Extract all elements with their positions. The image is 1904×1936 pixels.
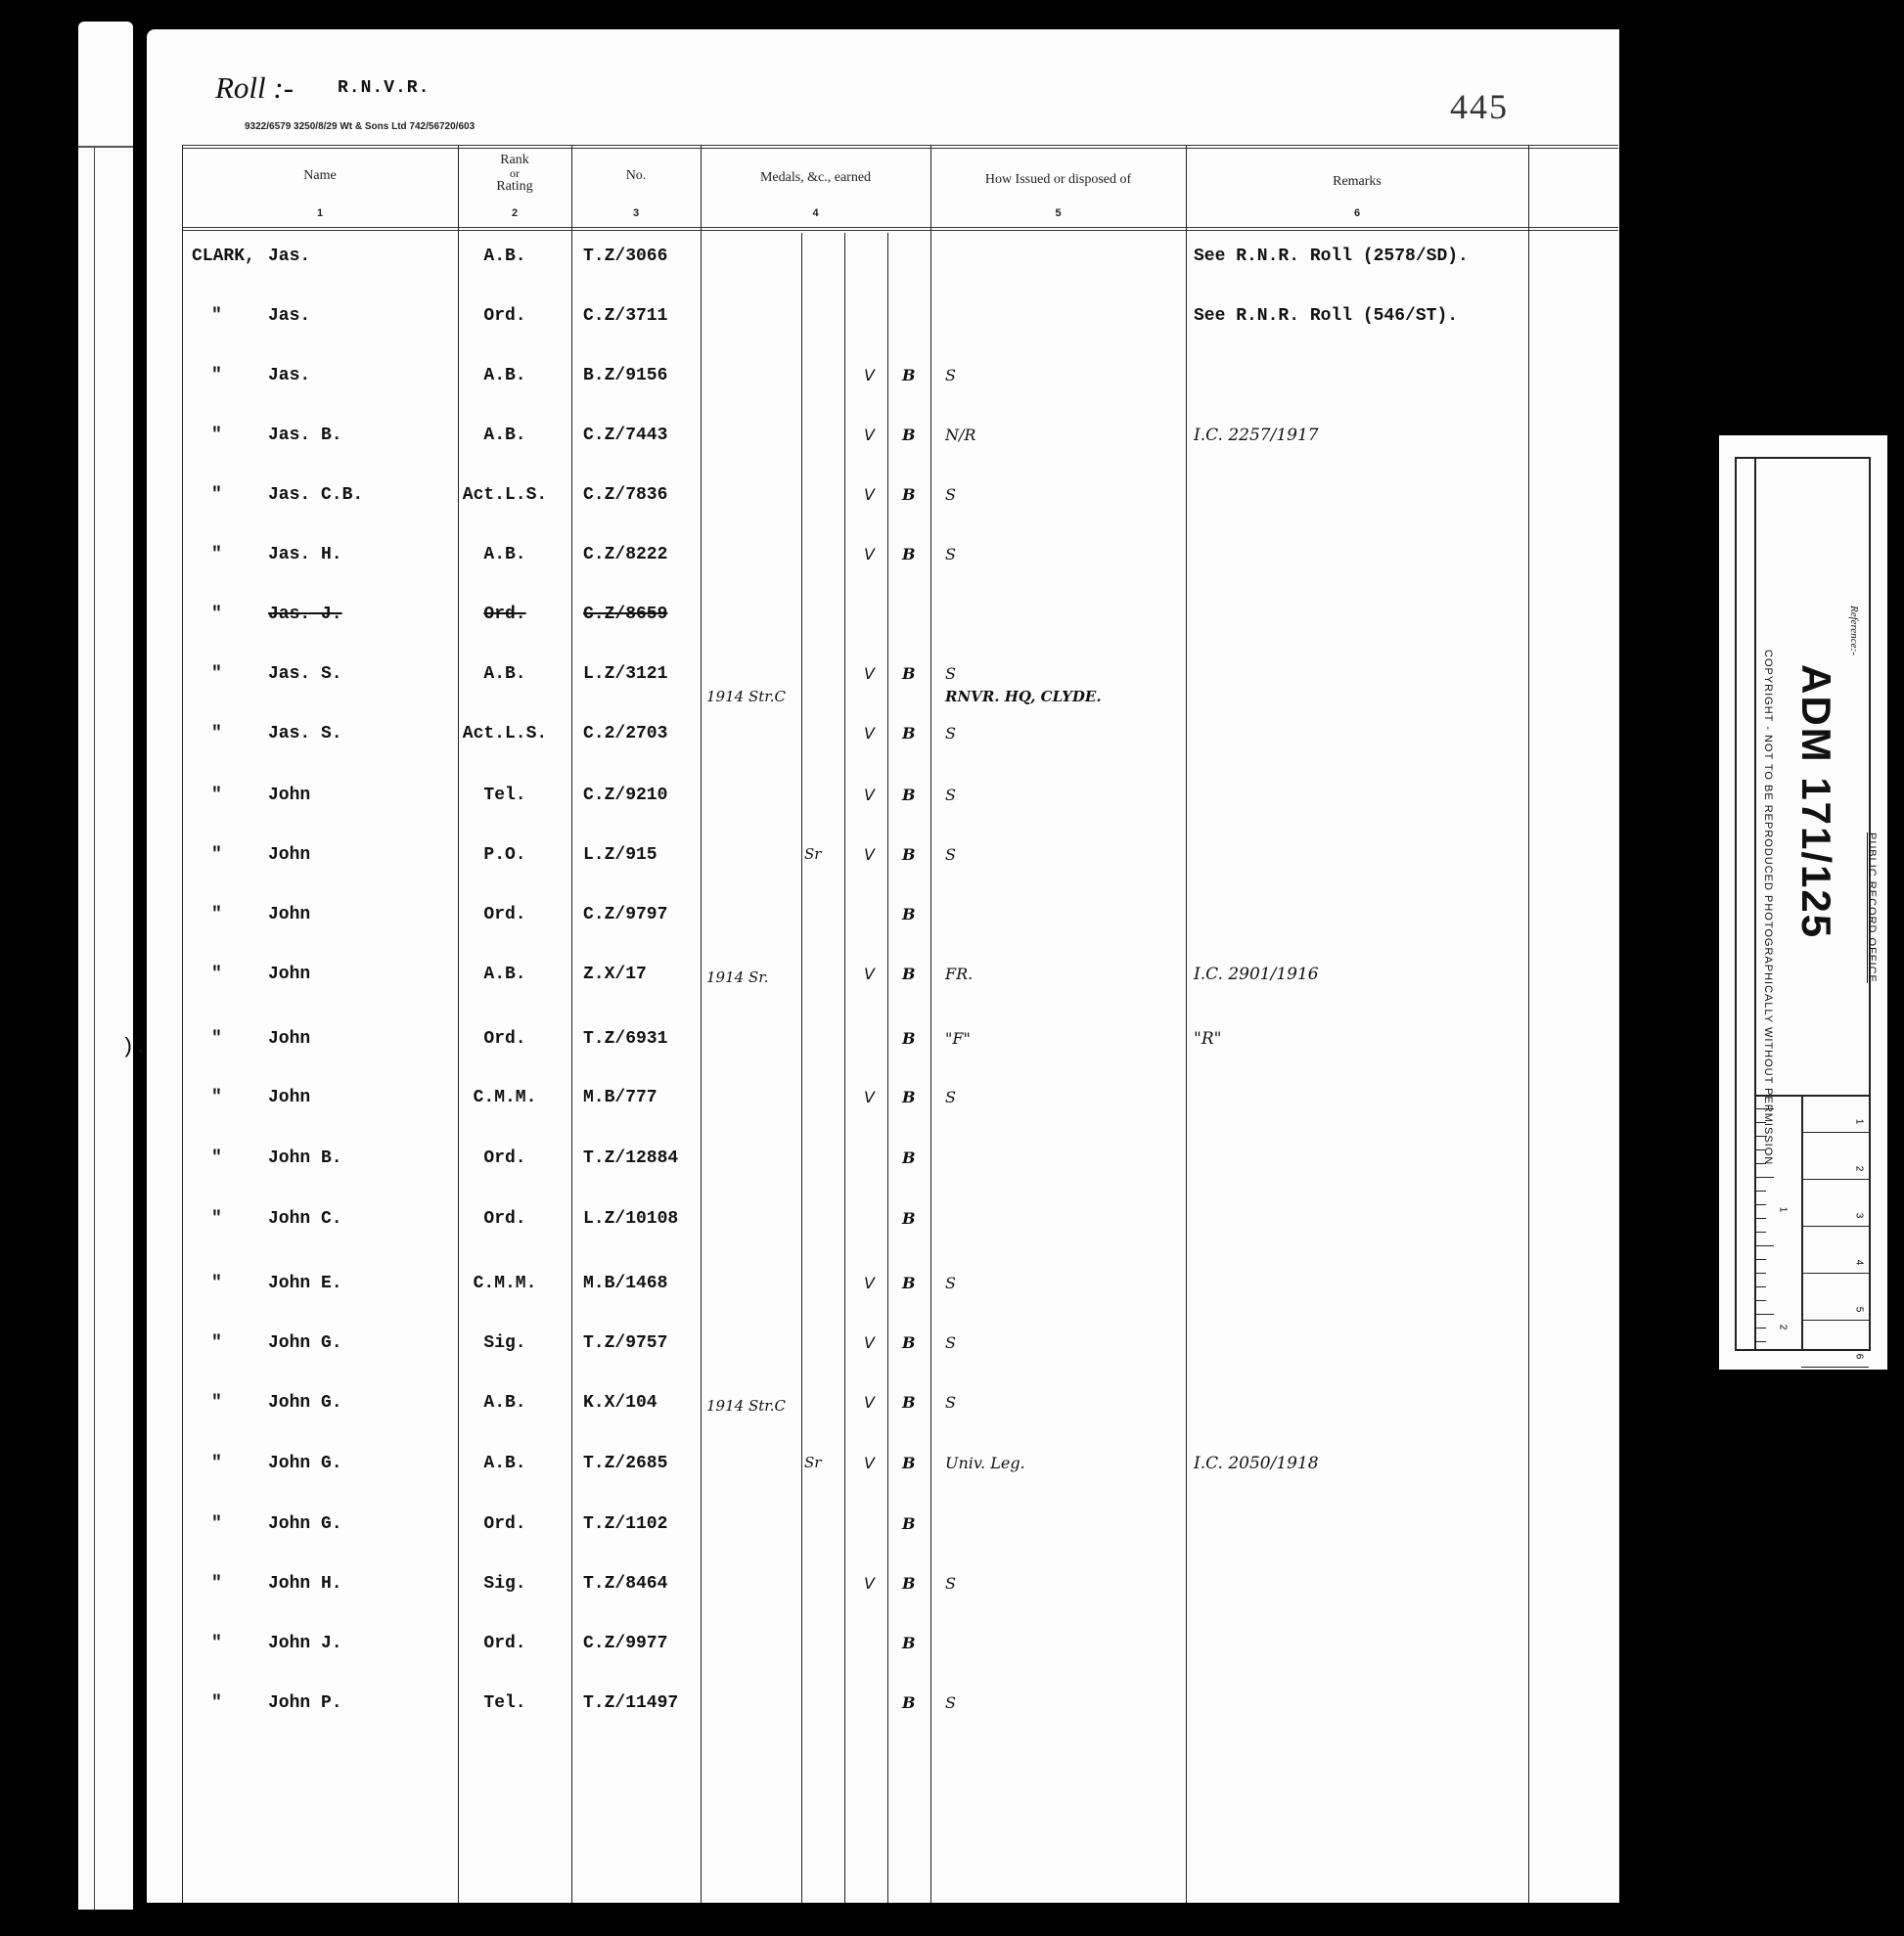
ditto-mark: " xyxy=(211,605,222,624)
measurement-ruler: 12345612 xyxy=(1754,1095,1869,1349)
rank-rating: A.B. xyxy=(458,545,552,564)
medal-b-mark: B xyxy=(902,845,916,864)
name-forename: John xyxy=(268,1029,310,1049)
ruler-cm-line xyxy=(1801,1367,1869,1368)
ruler-cm-label: 3 xyxy=(1853,1213,1864,1219)
facing-page-column-line xyxy=(94,146,95,1910)
header-medals: Medals, &c., earned 4 xyxy=(701,145,930,227)
medal-b-mark: B xyxy=(902,1693,916,1712)
ditto-mark: " xyxy=(211,306,222,326)
ruler-cm-line xyxy=(1801,1132,1869,1133)
how-issued: S xyxy=(945,1693,956,1712)
ruler-cm-label: 4 xyxy=(1853,1260,1864,1266)
how-issued: S xyxy=(945,545,956,563)
check-mark: V xyxy=(864,485,875,504)
ditto-mark: " xyxy=(211,965,222,984)
rank-rating: A.B. xyxy=(458,1454,552,1473)
ruler-cm-line xyxy=(1801,1226,1869,1227)
ruler-cm-line xyxy=(1801,1320,1869,1321)
how-issued: S xyxy=(945,664,956,683)
remarks: See R.N.R. Roll (546/ST). xyxy=(1194,306,1458,326)
check-mark: V xyxy=(864,724,875,743)
service-number: T.Z/2685 xyxy=(583,1454,667,1473)
rank-rating: Tel. xyxy=(458,786,552,805)
rank-rating: Act.L.S. xyxy=(458,724,552,743)
name-forename: John G. xyxy=(268,1514,342,1534)
table-row: "Jas. J.Ord.C.Z/8659 xyxy=(182,605,1618,644)
ditto-mark: " xyxy=(211,1634,222,1653)
remarks: I.C. 2050/1918 xyxy=(1194,1454,1319,1473)
table-row: "Jas.Ord.C.Z/3711See R.N.R. Roll (546/ST… xyxy=(182,306,1618,345)
ditto-mark: " xyxy=(211,485,222,505)
service-number: T.Z/9757 xyxy=(583,1333,667,1353)
service-number: L.Z/3121 xyxy=(583,664,667,684)
header-rank: Rank or Rating 2 xyxy=(458,145,571,227)
service-number: Z.X/17 xyxy=(583,965,647,984)
ditto-mark: " xyxy=(211,1088,222,1107)
name-forename: Jas. xyxy=(268,306,310,326)
ruler-tick xyxy=(1754,1314,1774,1315)
service-number: T.Z/6931 xyxy=(583,1029,667,1049)
check-mark: V xyxy=(864,1333,875,1352)
ditto-mark: " xyxy=(211,1454,222,1473)
ditto-mark: " xyxy=(211,845,222,865)
header-how-issued: How Issued or disposed of 5 xyxy=(930,145,1186,227)
ruler-tick xyxy=(1754,1245,1774,1246)
table-row: "John G.A.B.K.X/1041914 Str.CVBS xyxy=(182,1393,1618,1432)
ruler-tick xyxy=(1754,1273,1766,1274)
ruler-tick xyxy=(1754,1218,1766,1219)
ruler-tick xyxy=(1754,1232,1766,1233)
reference-label: Reference:- xyxy=(1848,606,1860,655)
medal-b-mark: B xyxy=(902,485,916,504)
medal-b-mark: B xyxy=(902,1333,916,1352)
service-number: C.2/2703 xyxy=(583,724,667,743)
name-forename: Jas. xyxy=(268,247,310,266)
how-issued: S xyxy=(945,786,956,804)
ditto-mark: " xyxy=(211,724,222,743)
name-forename: Jas. S. xyxy=(268,724,342,743)
check-mark: V xyxy=(864,545,875,563)
table-row: "Jas. S.Act.L.S.C.2/2703VBS xyxy=(182,724,1618,763)
service-number: C.Z/3711 xyxy=(583,306,667,326)
table-row: "John J.Ord.C.Z/9977B xyxy=(182,1634,1618,1673)
how-issued: S xyxy=(945,366,956,384)
rank-rating: A.B. xyxy=(458,366,552,385)
how-issued: S xyxy=(945,1088,956,1106)
how-issued: S xyxy=(945,845,956,864)
table-row: "Jas. C.B.Act.L.S.C.Z/7836VBS xyxy=(182,485,1618,524)
ruler-cm-label: 1 xyxy=(1853,1119,1864,1125)
medal-b-mark: B xyxy=(902,1634,916,1652)
rank-rating: A.B. xyxy=(458,426,552,445)
roll-label: Roll :- xyxy=(215,70,294,106)
name-forename: Jas. H. xyxy=(268,545,342,564)
name-forename: John C. xyxy=(268,1209,342,1229)
table-row: "John H.Sig.T.Z/8464VBS xyxy=(182,1574,1618,1613)
table-row: "John E.C.M.M.M.B/1468VBS xyxy=(182,1274,1618,1313)
ditto-mark: " xyxy=(211,1333,222,1353)
star-mark: Sr xyxy=(804,1454,821,1471)
ditto-mark: " xyxy=(211,545,222,564)
how-issued-note: RNVR. HQ, CLYDE. xyxy=(945,688,1102,705)
rank-rating: Sig. xyxy=(458,1574,552,1594)
ruler-cm-label: 5 xyxy=(1853,1307,1864,1313)
rank-rating: Ord. xyxy=(458,1029,552,1049)
ruler-inch-label: 1 xyxy=(1777,1207,1788,1213)
medal-b-mark: B xyxy=(902,1274,916,1292)
service-number: C.Z/8222 xyxy=(583,545,667,564)
ditto-mark: " xyxy=(211,1148,222,1168)
name-forename: John xyxy=(268,845,310,865)
check-mark: V xyxy=(864,426,875,444)
rank-rating: C.M.M. xyxy=(458,1274,552,1293)
service-number: L.Z/10108 xyxy=(583,1209,678,1229)
ruler-tick xyxy=(1754,1286,1766,1287)
how-issued: S xyxy=(945,1574,956,1593)
medal-b-mark: B xyxy=(902,545,916,563)
rank-rating: C.M.M. xyxy=(458,1088,552,1107)
header-remarks: Remarks 6 xyxy=(1186,145,1528,227)
name-forename: John B. xyxy=(268,1148,342,1168)
service-number: C.Z/9977 xyxy=(583,1634,667,1653)
star-mark: Sr xyxy=(804,845,821,863)
medal-b-mark: B xyxy=(902,1148,916,1167)
name-forename: John xyxy=(268,786,310,805)
ruler-tick xyxy=(1754,1149,1766,1150)
service-number: T.Z/1102 xyxy=(583,1514,667,1534)
remarks: "R" xyxy=(1194,1029,1221,1049)
table-row: "John C.Ord.L.Z/10108B xyxy=(182,1209,1618,1248)
reference-code: ADM 171/125 xyxy=(1792,664,1839,939)
rank-rating: Tel. xyxy=(458,1693,552,1713)
check-mark: V xyxy=(864,366,875,384)
table-row: "JohnP.O.L.Z/915SrVBS xyxy=(182,845,1618,884)
medal-roll-table: Name 1 Rank or Rating 2 No. 3 Medals, &c… xyxy=(182,145,1618,1903)
service-number: C.Z/9210 xyxy=(583,786,667,805)
ruler-tick xyxy=(1754,1204,1766,1205)
name-forename: Jas. S. xyxy=(268,664,342,684)
rank-rating: Ord. xyxy=(458,1514,552,1534)
remarks: I.C. 2257/1917 xyxy=(1194,426,1319,445)
table-row: "John G.Sig.T.Z/9757VBS xyxy=(182,1333,1618,1373)
ruler-cm-label: 6 xyxy=(1853,1354,1864,1360)
service-number: K.X/104 xyxy=(583,1393,657,1413)
service-number: T.Z/12884 xyxy=(583,1148,678,1168)
header-number: No. 3 xyxy=(571,145,701,227)
how-issued: S xyxy=(945,1393,956,1412)
table-row: "JohnC.M.M.M.B/777VBS xyxy=(182,1088,1618,1127)
ditto-mark: " xyxy=(211,1693,222,1713)
rank-rating: Ord. xyxy=(458,1209,552,1229)
service-number: M.B/777 xyxy=(583,1088,657,1107)
check-mark: V xyxy=(864,1574,875,1593)
rank-rating: Ord. xyxy=(458,306,552,326)
service-number: T.Z/11497 xyxy=(583,1693,678,1713)
rank-rating: P.O. xyxy=(458,845,552,865)
ruler-tick xyxy=(1754,1341,1766,1342)
name-forename: John G. xyxy=(268,1333,342,1353)
medal-b-mark: B xyxy=(902,1454,916,1472)
table-row: "Jas. S.A.B.L.Z/31211914 Str.CVBSRNVR. H… xyxy=(182,664,1618,703)
table-row: "Jas. H.A.B.C.Z/8222VBS xyxy=(182,545,1618,584)
check-mark: V xyxy=(864,786,875,804)
ruler-tick xyxy=(1754,1122,1766,1123)
printer-imprint: 9322/6579 3250/8/29 Wt & Sons Ltd 742/56… xyxy=(245,121,475,132)
ruler-tick xyxy=(1754,1177,1774,1178)
rank-rating: Ord. xyxy=(458,1634,552,1653)
check-mark: V xyxy=(864,664,875,683)
remarks: I.C. 2901/1916 xyxy=(1194,965,1319,984)
service-number: C.Z/9797 xyxy=(583,905,667,924)
how-issued: S xyxy=(945,485,956,504)
medal-b-mark: B xyxy=(902,1209,916,1228)
table-row: "Jas.A.B.B.Z/9156VBS xyxy=(182,366,1618,405)
ditto-mark: " xyxy=(211,786,222,805)
table-row: "JohnA.B.Z.X/171914 Sr.VBFR.I.C. 2901/19… xyxy=(182,965,1618,1004)
ruler-tick xyxy=(1754,1136,1766,1137)
rank-rating: A.B. xyxy=(458,965,552,984)
name-forename: Jas. B. xyxy=(268,426,342,445)
name-forename: John J. xyxy=(268,1634,342,1653)
ruler-divider xyxy=(1801,1097,1803,1349)
table-row: "John G.Ord.T.Z/1102B xyxy=(182,1514,1618,1553)
name-forename: John E. xyxy=(268,1274,342,1293)
ruler-cm-label: 2 xyxy=(1853,1166,1864,1172)
ditto-mark: " xyxy=(211,1029,222,1049)
ditto-mark: " xyxy=(211,1393,222,1413)
medal-note: 1914 Str.C xyxy=(706,1397,786,1415)
ruler-tick xyxy=(1754,1108,1774,1109)
record-office-label: PUBLIC RECORD OFFICE xyxy=(1866,833,1878,983)
how-issued: N/R xyxy=(945,426,975,444)
roll-page: Roll :- R.N.V.R. 9322/6579 3250/8/29 Wt … xyxy=(147,29,1619,1903)
remarks: See R.N.R. Roll (2578/SD). xyxy=(1194,247,1469,266)
medal-b-mark: B xyxy=(902,1514,916,1533)
how-issued: "F" xyxy=(945,1029,971,1048)
service-number: T.Z/8464 xyxy=(583,1574,667,1594)
medal-b-mark: B xyxy=(902,786,916,804)
rank-rating: A.B. xyxy=(458,247,552,266)
rank-rating: Act.L.S. xyxy=(458,485,552,505)
ruler-tick xyxy=(1754,1259,1766,1260)
medal-b-mark: B xyxy=(902,1393,916,1412)
rank-rating: Ord. xyxy=(458,605,552,624)
ruler-tick xyxy=(1754,1163,1766,1164)
rank-rating: Sig. xyxy=(458,1333,552,1353)
table-row: "John P.Tel.T.Z/11497BS xyxy=(182,1693,1618,1733)
facing-page-edge: ). xyxy=(78,22,133,1910)
name-forename: John G. xyxy=(268,1454,342,1473)
name-forename: John P. xyxy=(268,1693,342,1713)
ditto-mark: " xyxy=(211,426,222,445)
service-number: T.Z/3066 xyxy=(583,247,667,266)
ruler-tick xyxy=(1754,1328,1766,1328)
ditto-mark: " xyxy=(211,1209,222,1229)
table-row: CLARK,Jas.A.B.T.Z/3066See R.N.R. Roll (2… xyxy=(182,247,1618,286)
ditto-mark: " xyxy=(211,366,222,385)
medal-b-mark: B xyxy=(902,1029,916,1048)
how-issued: S xyxy=(945,1333,956,1352)
name-forename: John H. xyxy=(268,1574,342,1594)
archive-reference-card: Reference:- ADM 171/125 PUBLIC RECORD OF… xyxy=(1719,435,1887,1370)
ruler-tick xyxy=(1754,1191,1766,1192)
name-forename: John G. xyxy=(268,1393,342,1413)
header-name: Name 1 xyxy=(182,145,458,227)
facing-page-text-fragment: ). xyxy=(121,1035,147,1059)
ditto-mark: " xyxy=(211,664,222,684)
table-row: "JohnOrd.T.Z/6931B"F""R" xyxy=(182,1029,1618,1068)
table-row: "JohnOrd.C.Z/9797B xyxy=(182,905,1618,944)
check-mark: V xyxy=(864,1454,875,1472)
copyright-notice: COPYRIGHT - NOT TO BE REPRODUCED PHOTOGR… xyxy=(1762,650,1774,1165)
name-forename: Jas. C.B. xyxy=(268,485,363,505)
service-number: C.Z/7836 xyxy=(583,485,667,505)
rank-rating: Ord. xyxy=(458,905,552,924)
check-mark: V xyxy=(864,845,875,864)
medal-b-mark: B xyxy=(902,905,916,923)
table-row: "Jas. B.A.B.C.Z/7443VBN/RI.C. 2257/1917 xyxy=(182,426,1618,465)
name-surname: CLARK, xyxy=(192,247,255,266)
rank-rating: A.B. xyxy=(458,664,552,684)
service-number: C.Z/8659 xyxy=(583,605,667,624)
rank-rating: A.B. xyxy=(458,1393,552,1413)
roll-value: R.N.V.R. xyxy=(338,78,430,98)
service-number: M.B/1468 xyxy=(583,1274,667,1293)
how-issued: S xyxy=(945,724,956,743)
ditto-mark: " xyxy=(211,905,222,924)
medal-b-mark: B xyxy=(902,366,916,384)
reference-card-frame: Reference:- ADM 171/125 PUBLIC RECORD OF… xyxy=(1735,457,1871,1351)
ditto-mark: " xyxy=(211,1574,222,1594)
check-mark: V xyxy=(864,1274,875,1292)
medal-b-mark: B xyxy=(902,1574,916,1593)
page-number: 445 xyxy=(1450,86,1509,127)
ditto-mark: " xyxy=(211,1274,222,1293)
check-mark: V xyxy=(864,965,875,983)
medal-note: 1914 Sr. xyxy=(706,968,769,986)
how-issued: Univ. Leg. xyxy=(945,1454,1025,1472)
ruler-cm-line xyxy=(1801,1273,1869,1274)
how-issued: FR. xyxy=(945,965,973,983)
table-row: "John B.Ord.T.Z/12884B xyxy=(182,1148,1618,1188)
medal-note: 1914 Str.C xyxy=(706,688,786,705)
how-issued: S xyxy=(945,1274,956,1292)
service-number: B.Z/9156 xyxy=(583,366,667,385)
table-row: "John G.A.B.T.Z/2685SrVBUniv. Leg.I.C. 2… xyxy=(182,1454,1618,1493)
medal-b-mark: B xyxy=(902,965,916,983)
ruler-tick xyxy=(1754,1300,1766,1301)
medal-b-mark: B xyxy=(902,1088,916,1106)
ruler-inch-label: 2 xyxy=(1777,1325,1788,1330)
rank-rating: Ord. xyxy=(458,1148,552,1168)
check-mark: V xyxy=(864,1393,875,1412)
medal-b-mark: B xyxy=(902,664,916,683)
service-number: L.Z/915 xyxy=(583,845,657,865)
name-forename: Jas. xyxy=(268,366,310,385)
table-row: "JohnTel.C.Z/9210VBS xyxy=(182,786,1618,825)
check-mark: V xyxy=(864,1088,875,1106)
header-bottom-rule xyxy=(182,227,1618,231)
ruler-cm-line xyxy=(1801,1179,1869,1180)
service-number: C.Z/7443 xyxy=(583,426,667,445)
name-forename: John xyxy=(268,965,310,984)
name-forename: Jas. J. xyxy=(268,605,342,624)
name-forename: John xyxy=(268,905,310,924)
medal-b-mark: B xyxy=(902,724,916,743)
ditto-mark: " xyxy=(211,1514,222,1534)
medal-b-mark: B xyxy=(902,426,916,444)
facing-page-rule xyxy=(78,146,133,148)
name-forename: John xyxy=(268,1088,310,1107)
